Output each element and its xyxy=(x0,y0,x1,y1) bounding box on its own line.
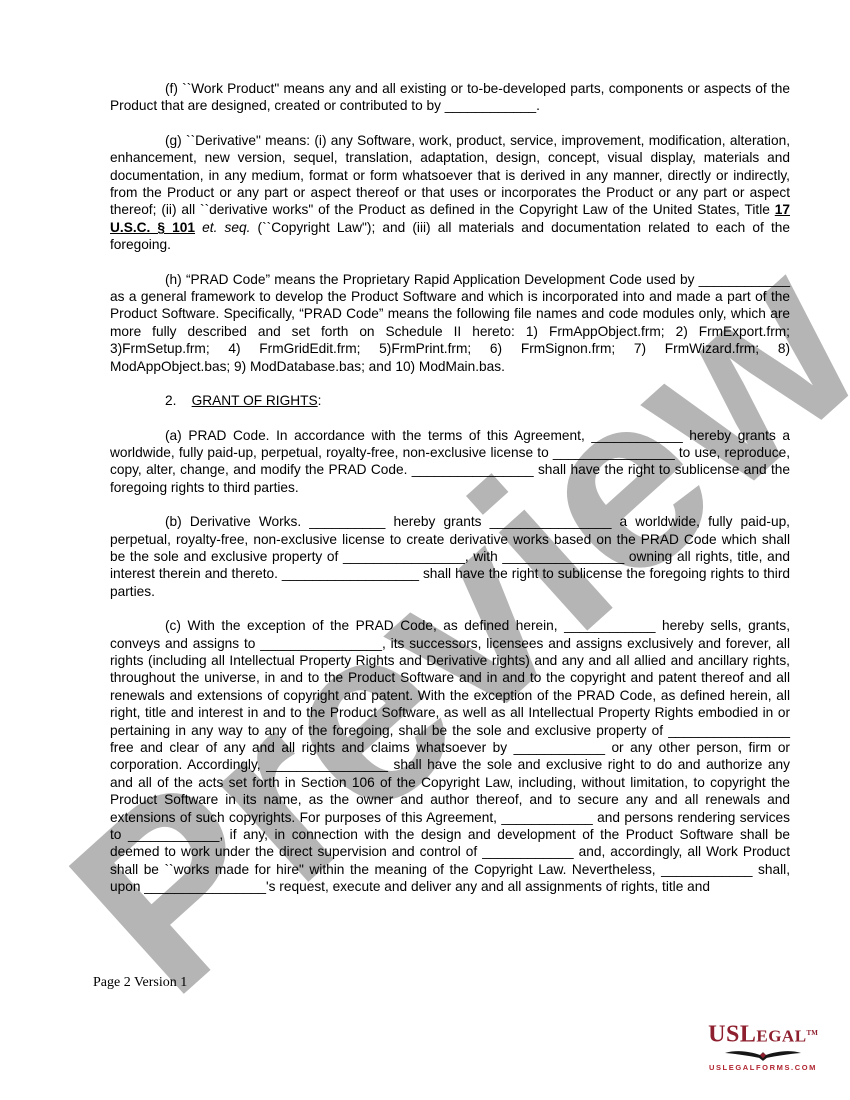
text-run: (a) PRAD Code. In accordance with the te… xyxy=(110,428,790,495)
text-run: GRANT OF RIGHTS xyxy=(192,393,318,408)
text-run: (c) With the exception of the PRAD Code,… xyxy=(110,618,790,894)
paragraph-a: (a) PRAD Code. In accordance with the te… xyxy=(110,427,790,497)
text-run: : xyxy=(318,393,322,408)
document-body: (f) ``Work Product" means any and all ex… xyxy=(110,80,790,913)
uslegal-wordmark: USLEGALTM xyxy=(703,1020,823,1050)
wordmark-big: USL xyxy=(708,1021,756,1047)
text-run: (h) “PRAD Code” means the Proprietary Ra… xyxy=(110,272,790,374)
trademark-symbol: TM xyxy=(807,1029,818,1037)
text-run: (g) ``Derivative" means: (i) any Softwar… xyxy=(110,133,790,218)
document-page: Preview (f) ``Work Product" means any an… xyxy=(0,0,850,1100)
uslegal-logo: USLEGALTM USLEGALFORMS.COM xyxy=(703,1020,823,1072)
logo-site-text: USLEGALFORMS.COM xyxy=(703,1063,823,1072)
text-run: et. xyxy=(202,220,217,235)
paragraph-h: (h) “PRAD Code” means the Proprietary Ra… xyxy=(110,271,790,375)
eagle-icon xyxy=(724,1048,802,1062)
paragraph-b: (b) Derivative Works. __________ hereby … xyxy=(110,513,790,600)
page-footer: Page 2 Version 1 xyxy=(93,975,187,991)
paragraph-g: (g) ``Derivative" means: (i) any Softwar… xyxy=(110,132,790,254)
paragraph-f: (f) ``Work Product" means any and all ex… xyxy=(110,80,790,115)
text-run: 2. xyxy=(165,393,192,408)
heading-grant-of-rights: 2. GRANT OF RIGHTS: xyxy=(110,392,790,409)
text-run: (b) Derivative Works. __________ hereby … xyxy=(110,514,790,599)
text-run: (f) ``Work Product" means any and all ex… xyxy=(110,81,790,113)
text-run: seq. xyxy=(225,220,251,235)
wordmark-small: EGAL xyxy=(756,1026,806,1045)
text-run xyxy=(217,220,224,235)
paragraph-c: (c) With the exception of the PRAD Code,… xyxy=(110,617,790,896)
